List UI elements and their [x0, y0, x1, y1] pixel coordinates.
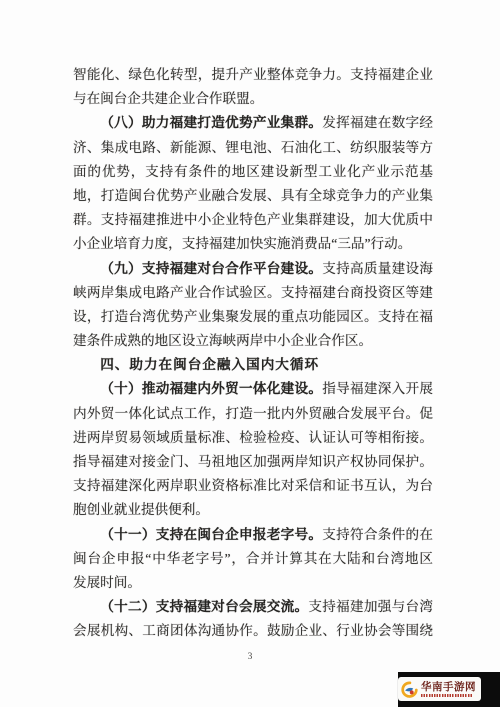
section-heading: 四、助力在闽台企融入国内大循环 — [73, 353, 433, 377]
text-line: （十）推动福建内外贸一体化建设。指导福建深入开展 — [73, 377, 433, 401]
document-body: 智能化、绿色化转型，提升产业整体竞争力。支持福建企业与在闽台企共建企业合作联盟。… — [73, 63, 433, 644]
text-line: 进两岸贸易领域质量标准、检验检疫、认证认可等相衔接。 — [73, 426, 433, 450]
text-line: 闽台企申报“中华老字号”，合并计算其在大陆和台湾地区 — [73, 547, 433, 571]
text-line: 指导福建对接金门、马祖地区加强两岸知识产权协同保护。 — [73, 450, 433, 474]
text-line: 智能化、绿色化转型，提升产业整体竞争力。支持福建企业 — [73, 63, 433, 87]
page-number: 3 — [0, 652, 500, 662]
text-line: 小企业培育力度，支持福建加快实施消费品“三品”行动。 — [73, 232, 433, 256]
text-line: 会展机构、工商团体沟通协作。鼓励企业、行业协会等围绕 — [73, 619, 433, 643]
text-line: 面的优势，支持有条件的地区建设新型工业化产业示范基 — [73, 160, 433, 184]
text-line: （八）助力福建打造优势产业集群。发挥福建在数字经 — [73, 111, 433, 135]
text-line: 建条件成熟的地区设立海峡两岸中小企业合作区。 — [73, 329, 433, 353]
scanned-document-page: 智能化、绿色化转型，提升产业整体竞争力。支持福建企业与在闽台企共建企业合作联盟。… — [0, 0, 500, 707]
watermark-logo-icon — [401, 681, 418, 698]
text-line: 济、集成电路、新能源、锂电池、石油化工、纺织服装等方 — [73, 136, 433, 160]
watermark-site-name: 华南手游网 — [421, 682, 476, 693]
text-line: 设，打造台湾优势产业集聚发展的重点功能园区。支持在福 — [73, 305, 433, 329]
text-line: 群。支持福建推进中小企业特色产业集群建设，加大优质中 — [73, 208, 433, 232]
text-line: 内外贸一体化试点工作，打造一批内外贸融合发展平台。促 — [73, 402, 433, 426]
text-line: （十二）支持福建对台会展交流。支持福建加强与台湾 — [73, 595, 433, 619]
text-line: （九）支持福建对台合作平台建设。支持高质量建设海 — [73, 257, 433, 281]
text-line: 与在闽台企共建企业合作联盟。 — [73, 87, 433, 111]
watermark-url-microtext — [421, 694, 473, 697]
text-line: 支持福建深化两岸职业资格标准比对采信和证书互认，为台 — [73, 474, 433, 498]
watermark-text-column: 华南手游网 — [421, 682, 476, 697]
watermark-badge: 华南手游网 — [398, 677, 481, 701]
text-line: （十一）支持在闽台企申报老字号。支持符合条件的在 — [73, 523, 433, 547]
text-line: 峡两岸集成电路产业合作试验区。支持福建台商投资区等建 — [73, 281, 433, 305]
text-line: 发展时间。 — [73, 571, 433, 595]
text-line: 地，打造闽台优势产业融合发展、具有全球竞争力的产业集 — [73, 184, 433, 208]
text-line: 胞创业就业提供便利。 — [73, 498, 433, 522]
